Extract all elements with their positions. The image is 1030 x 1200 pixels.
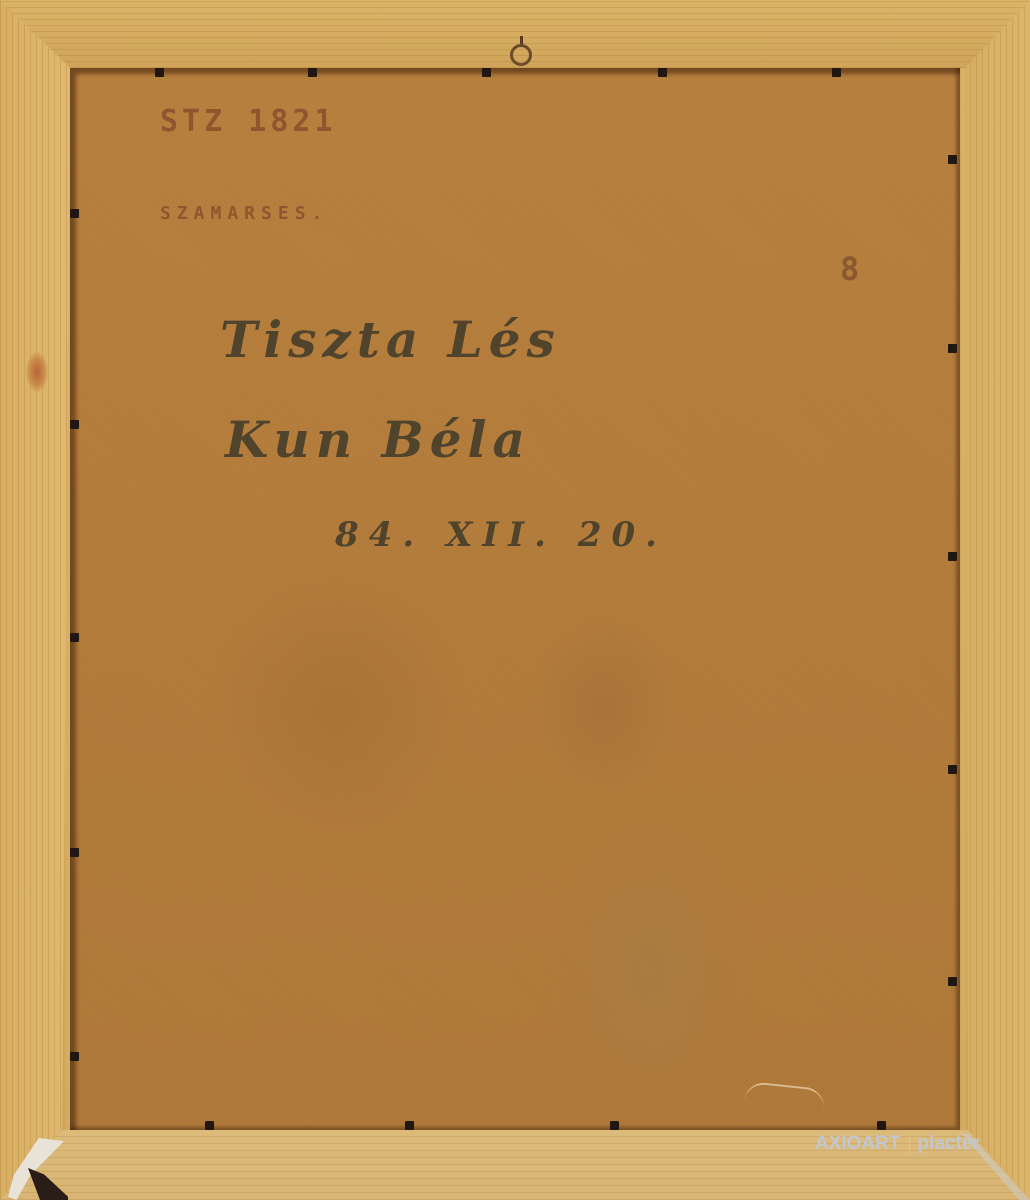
watermark: AXIOARTpiactér [815, 1133, 980, 1155]
hanging-ring-icon [510, 44, 532, 66]
wood-knot [26, 352, 48, 392]
nail [948, 552, 957, 561]
signature-line-1: Tiszta Lés [220, 310, 561, 369]
nail [155, 68, 164, 77]
nail [70, 848, 79, 857]
nail [70, 209, 79, 218]
frame-rail-left [0, 0, 70, 1200]
nail [948, 977, 957, 986]
corner-mark: 8 [840, 250, 861, 288]
inventory-number: STZ 1821 [160, 104, 337, 139]
nail [948, 344, 957, 353]
signature-line-2: Kun Béla [225, 410, 531, 469]
nail [70, 420, 79, 429]
nail [832, 68, 841, 77]
nail [610, 1121, 619, 1130]
date-inscription: 84. XII. 20. [335, 515, 667, 555]
hardboard-backing [70, 68, 960, 1130]
frame-rail-right [958, 0, 1030, 1200]
nail [405, 1121, 414, 1130]
inventory-title: SZAMARSES. [160, 203, 328, 224]
nail [482, 68, 491, 77]
watermark-separator [909, 1133, 910, 1155]
watermark-brand: AXIOART [815, 1133, 901, 1154]
picture-frame: STZ 1821 SZAMARSES. 8 Tiszta Lés Kun Bél… [0, 0, 1030, 1200]
nail [205, 1121, 214, 1130]
nail [658, 68, 667, 77]
nail [948, 765, 957, 774]
nail [70, 1052, 79, 1061]
nail [308, 68, 317, 77]
nail [948, 155, 957, 164]
nail [877, 1121, 886, 1130]
watermark-subtitle: piactér [918, 1133, 980, 1154]
nail [70, 633, 79, 642]
